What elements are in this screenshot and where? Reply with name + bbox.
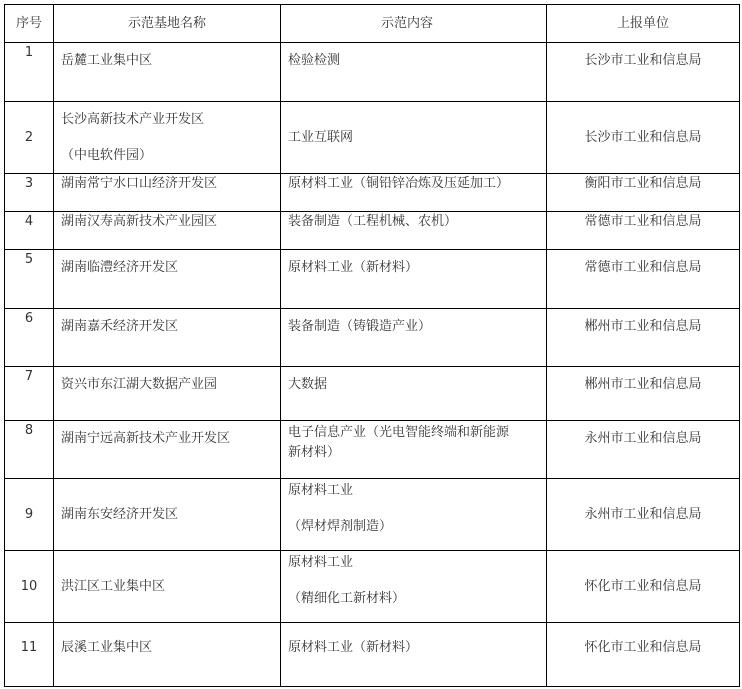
row-content: 原材料工业（新材料） [281,250,547,309]
row-unit: 永州市工业和信息局 [547,421,740,479]
name-line: 辰溪工业集中区 [61,638,273,658]
row-content: 工业互联网 [281,102,547,174]
row-unit: 长沙市工业和信息局 [547,43,740,102]
content-line: 装备制造（工程机械、农机） [288,212,539,232]
header-index: 序号 [5,5,54,43]
header-unit: 上报单位 [547,5,740,43]
name-line: 洪江区工业集中区 [61,577,273,597]
demonstration-bases-table: 序号 示范基地名称 示范内容 上报单位 1 岳麓工业集中区 检验检测 长沙市工业… [4,4,740,687]
row-content: 装备制造（工程机械、农机） [281,212,547,250]
row-content: 原材料工业（新材料） [281,623,547,687]
row-name: 洪江区工业集中区 [54,551,281,623]
name-line: 湖南嘉禾经济开发区 [61,317,273,337]
row-content: 电子信息产业（光电智能终端和新能源 新材料） [281,421,547,479]
row-name: 长沙高新技术产业开发区 （中电软件园） [54,102,281,174]
header-content: 示范内容 [281,5,547,43]
table-row: 2 长沙高新技术产业开发区 （中电软件园） 工业互联网 长沙市工业和信息局 [5,102,740,174]
row-index: 6 [5,309,54,367]
row-index: 5 [5,250,54,309]
row-name: 资兴市东江湖大数据产业园 [54,367,281,421]
row-unit: 怀化市工业和信息局 [547,551,740,623]
name-line: 长沙高新技术产业开发区 [61,110,273,130]
row-content: 检验检测 [281,43,547,102]
row-unit: 衡阳市工业和信息局 [547,174,740,212]
content-line: （精细化工新材料） [288,589,539,609]
name-line: 岳麓工业集中区 [61,51,273,71]
table-row: 1 岳麓工业集中区 检验检测 长沙市工业和信息局 [5,43,740,102]
row-name: 湖南东安经济开发区 [54,479,281,551]
row-unit: 常德市工业和信息局 [547,212,740,250]
table-row: 11 辰溪工业集中区 原材料工业（新材料） 怀化市工业和信息局 [5,623,740,687]
content-line: 大数据 [288,375,539,395]
row-unit: 长沙市工业和信息局 [547,102,740,174]
row-content: 装备制造（铸锻造产业） [281,309,547,367]
table-row: 7 资兴市东江湖大数据产业园 大数据 郴州市工业和信息局 [5,367,740,421]
content-line: 工业互联网 [288,128,539,148]
name-line: 湖南临澧经济开发区 [61,258,273,278]
name-line: 湖南宁远高新技术产业开发区 [61,429,273,449]
row-name: 岳麓工业集中区 [54,43,281,102]
row-name: 湖南宁远高新技术产业开发区 [54,421,281,479]
row-content: 原材料工业（铜铅锌冶炼及压延加工） [281,174,547,212]
name-line: 湖南常宁水口山经济开发区 [61,174,273,194]
name-line: 湖南东安经济开发区 [61,505,273,525]
row-name: 湖南汉寿高新技术产业园区 [54,212,281,250]
row-name: 湖南嘉禾经济开发区 [54,309,281,367]
row-name: 辰溪工业集中区 [54,623,281,687]
row-unit: 怀化市工业和信息局 [547,623,740,687]
row-content: 原材料工业 （精细化工新材料） [281,551,547,623]
row-index: 11 [5,623,54,687]
content-line: 新材料） [288,443,539,463]
row-index: 9 [5,479,54,551]
row-name: 湖南临澧经济开发区 [54,250,281,309]
content-line: 电子信息产业（光电智能终端和新能源 [288,423,539,443]
content-line: 原材料工业 [288,553,539,573]
content-line: 原材料工业 [288,481,539,501]
table-row: 5 湖南临澧经济开发区 原材料工业（新材料） 常德市工业和信息局 [5,250,740,309]
row-unit: 永州市工业和信息局 [547,479,740,551]
row-index: 4 [5,212,54,250]
content-line: 原材料工业（新材料） [288,258,539,278]
row-index: 7 [5,367,54,421]
row-unit: 常德市工业和信息局 [547,250,740,309]
row-unit: 郴州市工业和信息局 [547,367,740,421]
content-line: 原材料工业（铜铅锌冶炼及压延加工） [288,174,539,194]
row-content: 原材料工业 （焊材焊剂制造） [281,479,547,551]
table-row: 3 湖南常宁水口山经济开发区 原材料工业（铜铅锌冶炼及压延加工） 衡阳市工业和信… [5,174,740,212]
row-content: 大数据 [281,367,547,421]
content-line: 装备制造（铸锻造产业） [288,317,539,337]
table-row: 10 洪江区工业集中区 原材料工业 （精细化工新材料） 怀化市工业和信息局 [5,551,740,623]
header-name: 示范基地名称 [54,5,281,43]
row-unit: 郴州市工业和信息局 [547,309,740,367]
table-header-row: 序号 示范基地名称 示范内容 上报单位 [5,5,740,43]
table-row: 8 湖南宁远高新技术产业开发区 电子信息产业（光电智能终端和新能源 新材料） 永… [5,421,740,479]
content-line: 检验检测 [288,51,539,71]
name-line: 湖南汉寿高新技术产业园区 [61,212,273,232]
name-line: （中电软件园） [61,146,273,166]
content-line: （焊材焊剂制造） [288,517,539,537]
row-index: 8 [5,421,54,479]
row-name: 湖南常宁水口山经济开发区 [54,174,281,212]
row-index: 10 [5,551,54,623]
row-index: 2 [5,102,54,174]
table-row: 9 湖南东安经济开发区 原材料工业 （焊材焊剂制造） 永州市工业和信息局 [5,479,740,551]
row-index: 3 [5,174,54,212]
name-line: 资兴市东江湖大数据产业园 [61,375,273,395]
table-row: 6 湖南嘉禾经济开发区 装备制造（铸锻造产业） 郴州市工业和信息局 [5,309,740,367]
row-index: 1 [5,43,54,102]
content-line: 原材料工业（新材料） [288,638,539,658]
table-row: 4 湖南汉寿高新技术产业园区 装备制造（工程机械、农机） 常德市工业和信息局 [5,212,740,250]
